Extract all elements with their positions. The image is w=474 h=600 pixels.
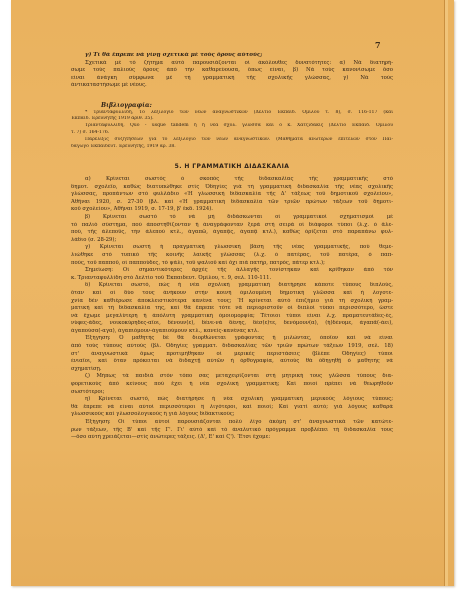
text-line: ποὺς, τοῦ παπποῦ, οἱ παππούδες, τὸ ψάλι,… [71, 260, 393, 268]
text-line: —ὅσο αὐτὴ χρειάζεται—στὶς ἀνώτερες τάξει… [71, 434, 393, 442]
bib-line: * Τριανταφυλλίδη, Τὸ λεξιλόγιο τῶν νέων … [71, 110, 393, 117]
text-line: λιώθηκε στὸ τυπικὸ τῆς κοινῆς λαϊκῆς γλώ… [71, 252, 393, 260]
text-line: γλωσσικοὺς καὶ γλωσσολογικοὺς ἢ γιὰ λόγο… [71, 411, 393, 419]
text-line: ματικὴ καὶ τὴ διδασκαλία της, καὶ θὰ ἔπρ… [71, 305, 393, 313]
text-line: Σημείωση: Οἱ σημαντικότερες ἀρχὲς τῆς ἀλ… [71, 267, 393, 275]
section-c-question: γ) Τί θὰ ἔπρεπε νὰ γίνῃ σχετικὰ μὲ τοὺς … [71, 52, 393, 60]
section-5-body: α) Κρίνεται σωστὸς ὁ σκοπὸς τῆς διδασκαλ… [71, 176, 393, 442]
text-line: ἑνιαῖοι, καὶ ὅταν πρόκειται νὰ διδαχτῇ α… [71, 358, 393, 366]
bib-line: Ἐκπαιδ. Ἐρευνητής 1919 ἀριθ. 35). [71, 116, 393, 123]
bib-line: Τριανταφυλλίδη, Quo - usque tandem ἡ ἡ ν… [71, 123, 393, 130]
text-line: γ) Κρίνεται σωστὴ ἡ πραγματικὴ γλωσσικὴ … [71, 244, 393, 252]
text-line: η) Κρίνεται σωστό, πὼς διατήρησε ἡ νέα σ… [71, 396, 393, 404]
text-line: σωμε τοὺς παλιοὺς ὅρους ἀπὸ τὴν καθαρεύο… [71, 67, 393, 75]
text-line: στ' ἀναγνωστικὰ ὅμως προτιμήθηκαν οἱ μερ… [71, 351, 393, 359]
text-line: β) Κρίνεται σωστὸ τὸ νὰ μὴ διδάσκωνται ο… [71, 214, 393, 222]
text-line: τὸ παλιὸ σύστημα, ποὺ ἀποστηθίζονταν ἢ ἀ… [71, 222, 393, 230]
text-line: ἀγαπούσα(-αγα), ἀγαπιόμουν-ἀγαπιούμουν κ… [71, 328, 393, 336]
text-line: εἶναι ἀνάγκη σύμφωνα μὲ τὴ γραμματικὴ τῆ… [71, 75, 393, 83]
text-line: δ) Κρίνεται σωστό, πὼς ἡ νέα σχολικὴ γρα… [71, 282, 393, 290]
text-line: σωστότεροι; [71, 389, 393, 397]
text-line: σχηματίσῃ. [71, 366, 393, 374]
page-number: 7 [375, 40, 381, 50]
text-line: πού, τῆς ἀλεποῦς, τὴν ἀλεποὺ κτλ., ἀγαπῶ… [71, 229, 393, 237]
text-line: Ἀθῆναι 1920, σ. 27-30 (βλ. καὶ «Ἡ γραμμα… [71, 199, 393, 207]
text-line: ζ) Μήπως τὰ παιδιὰ στὸν τόπο σας μεταχει… [71, 373, 393, 381]
section-heading: 5. Η ΓΡΑΜΜΑΤΙΚΗ ΔΙΔΑΣΚΑΛΙΑ [71, 163, 393, 170]
text-line: νὰ ἔχωμε μεγαλύτερη ἢ ἀπόλυτη γραμματικὴ… [71, 313, 393, 321]
bib-line: δαγωγὸ Ἐκπαιδευτ. Ἐρευνητής, 1919 ἀρ. 38… [71, 144, 393, 151]
bib-line: τ. 7) σ. 164-176. [71, 130, 393, 137]
text-line: ὅταν καὶ οἱ δύο τους ἀνήκουν στὴν κοινὴ … [71, 290, 393, 298]
text-line: Σχετικὰ μὲ τὸ ζήτημα αὐτὸ παρουσιάζονται… [71, 60, 393, 68]
text-line: γλώσσας, προπάντων στὸ φυλλάδιο «Ἡ γλωσσ… [71, 191, 393, 199]
text-line: λάδιο (σ. 28-29); [71, 237, 393, 245]
text-line: θὰ ἔπρεπε νὰ εἶναι αὐτοὶ περισσότεροι ἢ … [71, 404, 393, 412]
text-line: κ. Τριανταφυλλίδη στὸ Δελτίο τοῦ Ἐκπαιδε… [71, 275, 393, 283]
text-line: κοῦ σχολείου», Ἀθῆναι 1919, σ. 17-19, β'… [71, 206, 393, 214]
text-line: χνία δὲν καθιέρωσε ἀποκλειστικότερα κανέ… [71, 298, 393, 306]
text-line: φορετικοὺς ἀπὸ κείνους ποὺ ἔχει ἡ νέα σχ… [71, 381, 393, 389]
document-page: 7 γ) Τί θὰ ἔπρεπε νὰ γίνῃ σχετικὰ μὲ τοὺ… [11, 0, 454, 586]
text-line: α) Κρίνεται σωστὸς ὁ σκοπὸς τῆς διδασκαλ… [71, 176, 393, 184]
section-c: γ) Τί θὰ ἔπρεπε νὰ γίνῃ σχετικὰ μὲ τοὺς … [71, 52, 393, 90]
text-line: δημοτ. σχολεῖο, καθὼς διατυπώθηκε στὶς Ὁ… [71, 184, 393, 192]
text-line: ἀπὸ τοὺς τύπους αὐτοὺς (βλ. Ὁδηγίες γραμ… [71, 343, 393, 351]
text-line: ρων τάξεων, τῆς Β' καὶ τῆς Γ'. Γι' αὐτὸ … [71, 427, 393, 435]
text-line: Ἐξήγηση: Ὁ μαθητὴς δὲ θὰ διορθώνεται γρά… [71, 335, 393, 343]
text-line: ἀντικαταστήσωμε μὲ νέους. [71, 82, 393, 90]
text-line: νύφες-άδες, νοικοκύρηδες-αῖοι, δένουν(ε)… [71, 320, 393, 328]
text-line: Ἐξήγηση: Οἱ τύποι αὐτοὶ παρουσιάζονται π… [71, 419, 393, 427]
bib-line: Παρέλιξις συζητήσεων γιὰ τὸ λεξιλόγιο τῶ… [71, 137, 393, 144]
bibliography-title: Βιβλιογραφία: [71, 102, 393, 110]
bibliography: Βιβλιογραφία: * Τριανταφυλλίδη, Τὸ λεξιλ… [71, 102, 393, 150]
